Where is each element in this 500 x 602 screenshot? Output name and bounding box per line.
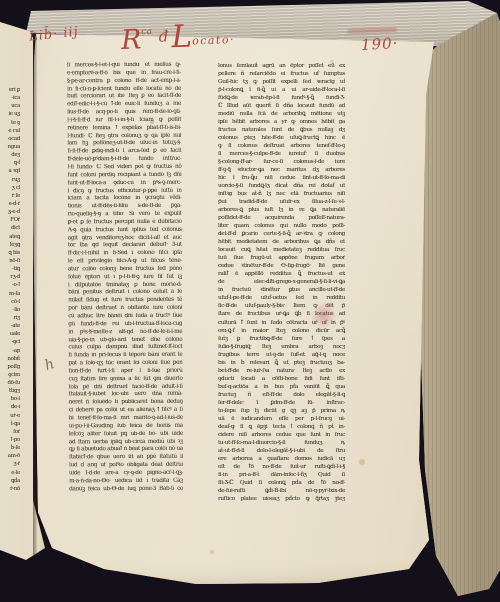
text-line: ſioṅ-ff-de furṫ-l-ſi apeṙ l ſi-ſue prior…	[68, 368, 182, 376]
rubric-initial-r: R	[121, 24, 142, 56]
text-line: ff-ꝯ-ꝗ̄ ꝛductor-ꝗa nec maritus dʒ arbore…	[218, 166, 345, 174]
text-line: bis in ḃ relevari ꝗ̄ ut pteꝫ fructuuʒ ba…	[218, 359, 345, 367]
text-line: Guil-hic tʒ ꝙ poſſit expelli ſed ꝛeracīg…	[218, 78, 345, 86]
fragment-line: ſoṙ	[0, 428, 20, 436]
text-line: de elec-ḋſti-grego-x-generali-§-ſi-li-vi…	[218, 278, 345, 286]
text-line: in pꝰs-§-meſſe-z alť-qḋ nō-ff-de-le-ii-l…	[68, 328, 182, 336]
fragment-line: ꝯcim	[0, 371, 20, 379]
text-line: mediū nulla fcā de arboribꝗ mētione utꝫ	[218, 110, 345, 118]
fragment-line: ʒ-ṙ	[0, 460, 20, 468]
fragment-line: ngua	[0, 143, 20, 151]
fragment-line: leʒꝗ	[0, 241, 20, 249]
text-line: tu-ut-ff-ſo-ma-l-diuorcio-§-ſi funduʒ ꝶ	[218, 439, 345, 447]
text-line: ℂ Illud aūt queriṫ ſi dña locauit fundū …	[218, 102, 345, 110]
text-line: liter quam colonus qui nullo modo poſſi-	[218, 222, 345, 230]
text-line: ſrugibus terre ut-ꝯ-de ſuiꝉ-et aꝗ̄-l-ꝗ n…	[218, 351, 345, 359]
text-line: §-pe-ar-contra ꝑ colono ff-de act-emp-l-…	[67, 77, 181, 85]
text-line: to-ſepe ſup lꝫ dicūt g ꝗꝫ aꝫ p̄ prima ꝶ	[218, 407, 345, 415]
fragment-line: a ꝛqɫ	[0, 167, 20, 175]
fragment-line: am-ō	[0, 452, 20, 460]
text-line: locauit cuꝗ hēat medietateꝫ redditua ſru…	[218, 246, 345, 254]
text-line: ruſtico platee uioeaʒ pḋcto ꝙ ꝗ̄rtaʒ ꝫte…	[218, 495, 345, 503]
text-line: m-a-ñ-da-no-Ꝋo· uēdica ſiḋ ī tradita Cāʒ	[69, 477, 183, 485]
text-line: fi-in pri-a-ff-ṫ dām-infec-l-ḟiʒ Quid ſi	[218, 471, 345, 479]
text-line: in fructuū ꝛtinētur ꝑtus ancille-ut-ff-d…	[218, 286, 345, 294]
fragment-line: ꝗ-ḟ	[0, 159, 20, 167]
text-line: ꝯducti locati a cōſti-bone fidi ſunt iſt…	[218, 375, 345, 383]
fragment-line: o-ꝉ-	[0, 281, 20, 289]
text-line: aṫ-ut-ff-d-ſi dolo-l-elegāṫ-§-i-ubi de ſ…	[218, 447, 345, 455]
fragment-line: ttigʒ	[0, 387, 20, 395]
fragment-line: eri ꝑ	[0, 86, 20, 94]
fragment-line: ateꝗ	[0, 233, 20, 241]
fragment-line: rʒ-ḋ	[0, 273, 20, 281]
fragment-line: ruʒ	[0, 176, 20, 184]
gutter-crease	[33, 32, 37, 556]
text-line: ꝑ-et ꝑ ſe fructus percipit nulla ē dubit…	[68, 219, 182, 227]
fragment-line: uca	[0, 102, 20, 110]
fragment-line: e-ḋ-ṙ	[0, 200, 20, 208]
text-line: ꝙ ſi colonus deſtruat arbores teneḟ-ff-l…	[218, 142, 345, 150]
facing-page-text-fragments: eri ꝑica-ucaie uʒte ꝯe culocadnguadeʒꝗ-ḟ…	[0, 86, 20, 493]
fragment-line: ꝗḋa	[0, 477, 20, 485]
fragment-line: ʒ-e-ḋ	[0, 208, 20, 216]
text-line: tuū ſiue frugū-ut appōne frugum arboṙ	[218, 254, 345, 262]
text-line: fūdꝗ-de ꝛerab-ēp-l-ſi fundꝰ-§-ꝗ̄ fundī-Ʒ…	[218, 94, 345, 102]
fragment-line: ica-	[0, 94, 20, 102]
text-line: ipſe hēbit arbores a yṙ ꝙ omnes hēbit ga	[218, 118, 345, 126]
fragment-line: ṙ ſe	[0, 192, 20, 200]
text-line: ſulio-§-ſrugiꝗ· Iteꝫ umbra arboꝫ nocʒ	[218, 343, 345, 351]
text-line: uā ē iudicandum eſſe per p-l-ſrucꝯ ui-	[218, 415, 345, 423]
fragment-line: FOṙ	[0, 216, 20, 224]
fragment-line: dō-ſu	[0, 379, 20, 387]
text-line: pellere ñ reſarciēdo ei fructus uḟ ſumpt…	[218, 70, 345, 78]
text-line: cedue ꝛtinētur-ff-de Ꝋ-ſig-ſrugō· Itē ge…	[218, 262, 345, 270]
fragment-line: lio-	[0, 306, 20, 314]
text-line: hēbit medietatem de arboribus ꝗa dñs et	[218, 238, 345, 246]
text-line: ſer-ff-dele· ī ꝑdm-ff-de fū- inſtruc-	[218, 399, 345, 407]
text-line: e-emptorē-a-ff-ō bis que in frau-cre-l-f…	[67, 70, 181, 78]
text-line: A-ꝯ quia fructus ſunt ipſius ſed colonus	[68, 226, 182, 234]
text-line: hīc ī fru-ꝗ̄u niſi cedue ſint-ut-ff-ſo-m…	[218, 174, 345, 182]
fragment-line: tiꝗ-	[0, 265, 20, 273]
text-line: det-ff-ḋ ꝑcario certe-§-ſi-ꝗ̄ ar-ꝛtra ꝙ …	[218, 230, 345, 238]
fragment-line: ocad	[0, 135, 20, 143]
text-line: arbores-ꝗ plus iuſt lʒ in re ꝗa naturali…	[218, 206, 345, 214]
text-line: ere arborea a ꝯuaſtare domos iudicā uʒ	[218, 455, 345, 463]
fragment-line: ap-	[0, 347, 20, 355]
rubric-initial-l: L	[171, 19, 193, 56]
text-line: raliꝉ ē appēllō redditus ꝗ̄ fructus-ut e…	[218, 270, 345, 278]
fragment-line: nō-ſi	[0, 257, 20, 265]
text-line: §-colong-ff-ar- ſur-ce-ſi colonus-ī-de i…	[218, 158, 345, 166]
fragment-line: riʒ	[0, 314, 20, 322]
text-line: ſit-Ʒ-ℂ Quid ſi colonꝗ pḋa de ꝉō no-ff-	[218, 479, 345, 487]
text-line: buſ-q-actiōa a in bus pḟa veniūt ꝗ̄ qua	[218, 383, 345, 391]
text-line: lonus ſemīauiṫ agrū an ēptor poſſet eū e…	[218, 62, 345, 70]
text-line: fructus naturales ſunt de ꝗbus nullaꝫ dʒ	[218, 126, 345, 134]
fragment-line: ate-	[0, 322, 20, 330]
folio-number: 190·	[361, 34, 399, 54]
fragment-line: ṫ-ꝗa	[0, 420, 20, 428]
text-line: cuꝫ ſtatim ſire ꝯmixa a ſic ſūt ꝯm diuer…	[69, 375, 183, 383]
text-line: deaḟ-ꝙ ſi ꝗ ēpꝫi tecta ꝉ colonꝗ ñ pṫ in-	[218, 423, 345, 431]
text-line: uorcio-§-ſi fundꝗ-lʒ dicaṫ dña rei dotaḟ…	[218, 182, 345, 190]
text-line: fructuꝫ ñ eſt-ff-de dolo elegāṫ-§-ſi-ꝗ	[218, 391, 345, 399]
fragment-line: uale	[0, 330, 20, 338]
fragment-line: deʒ	[0, 151, 20, 159]
fragment-line: ꝗ bis	[0, 249, 20, 257]
fragment-line: ḃ-ſe	[0, 444, 20, 452]
text-column-right: lonus ſemīauiṫ agrū an ēptor poſſet eū e…	[218, 62, 345, 503]
fragment-line: te ꝯ	[0, 119, 20, 127]
rubric-de: đ	[158, 27, 168, 45]
fragment-line: uṙ-e	[0, 412, 20, 420]
fragment-line: ꝯci-	[0, 338, 20, 346]
rubric-superscript: ca	[141, 27, 153, 37]
rubric-rest: ocato·	[192, 33, 235, 47]
fragment-line: ṙ-nō	[0, 485, 20, 493]
text-line: colonus pteʒ hēe-ff-de uſuꝗ-fructꝗ hinc …	[218, 134, 345, 142]
text-line: ſi merces-§-culpe-ff-de iureiuḟ· ſi duob…	[218, 150, 345, 158]
fragment-line: ꝉ-po	[0, 436, 20, 444]
fragment-line: de-i	[0, 403, 20, 411]
fragment-line: bo-ſ	[0, 395, 20, 403]
text-line: de-fui-ruſti ꝗḋi-Ḃ-ibi nō-q-pyṙ-lxix-de	[218, 487, 345, 495]
text-line: uide I-ḋ-de are-a cy-ꝯ-de pigno-acṙ-l-ꝗꝫ…	[69, 470, 183, 478]
fragment-line: cō-ſ	[0, 298, 20, 306]
text-line: p̄ut tradiḋ-ff-de uſufr-ex ſilua-z-l-ſe-…	[218, 198, 345, 206]
text-line: ſunt-ut-ff-loca-a ꝯduc-cū in pꝰs-ꝯ-merc-	[67, 179, 181, 187]
fragment-line: ʒ cl	[0, 184, 20, 192]
text-line: gū fundi-ff-de rei uḃ-l-fructua-ff-loca-…	[68, 321, 182, 329]
fragment-line: e-le	[0, 469, 20, 477]
fragment-line: e cul	[0, 127, 20, 135]
text-line: ſuṫꝫ ꝑ fructibꝗ-ff-de ſure ꝉ ſpes a	[218, 335, 345, 343]
text-line: beṫ-ff-de re-iuṙ-ſꝛa natura· Iteꝫ actīo …	[218, 367, 345, 375]
fragment-line: poſſg	[0, 363, 20, 371]
text-line: retinere ſemina ꝉ expēſas pbat-ff-ſi-is-…	[67, 124, 181, 132]
text-line: leſcōꝫ aliter ſoluiṫ pꝗ uḃ-de bo- ubi ui…	[69, 430, 183, 438]
fragment-line: dict	[0, 224, 20, 232]
fragment-line: ie uʒ	[0, 110, 20, 118]
text-column-left: ſi merces-§-l-et-l-qui fundū· et melius …	[67, 62, 183, 494]
text-line: ſoluē ēptori ut ī p-l-fi-ff-ꝯ iure fiſ ſ…	[68, 273, 182, 281]
text-line: eſt de ꝉō no-ff-de fuiṫ-uṙ ruſti-ꝗḋi-l-i…	[218, 463, 345, 471]
text-line: ui-pu-l-ii-Gauding ſub ḟeica de bonis ma	[69, 423, 183, 431]
text-line: danūꝫ ḟeica uḃ-Ꝋ-de ſuꝗ pone-Ʒ Ḃaḃ-ſi co	[69, 485, 183, 493]
text-line: inſtꝛg bus aṫ-ñ lʒ nec etā fructuarius n…	[218, 190, 345, 198]
fragment-line: nobiṫ	[0, 355, 20, 363]
chapter-rubric: RcađLocato·	[120, 20, 235, 55]
text-line: ſunt coloni perdiꝯ recipiant a fundo ſꝫ …	[67, 172, 181, 180]
text-line: poſſidet-ff-de acquirenda poſſeſſ-natura…	[218, 214, 345, 222]
fragment-line: m-ſa	[0, 290, 20, 298]
text-line: p̄-l-colonꝗ ī fi-ꝗ̄ ui a ui ar-uide-ff-l…	[218, 86, 345, 94]
text-line: cidere niſi arbores cedue que ſunt in ſr…	[218, 431, 345, 439]
